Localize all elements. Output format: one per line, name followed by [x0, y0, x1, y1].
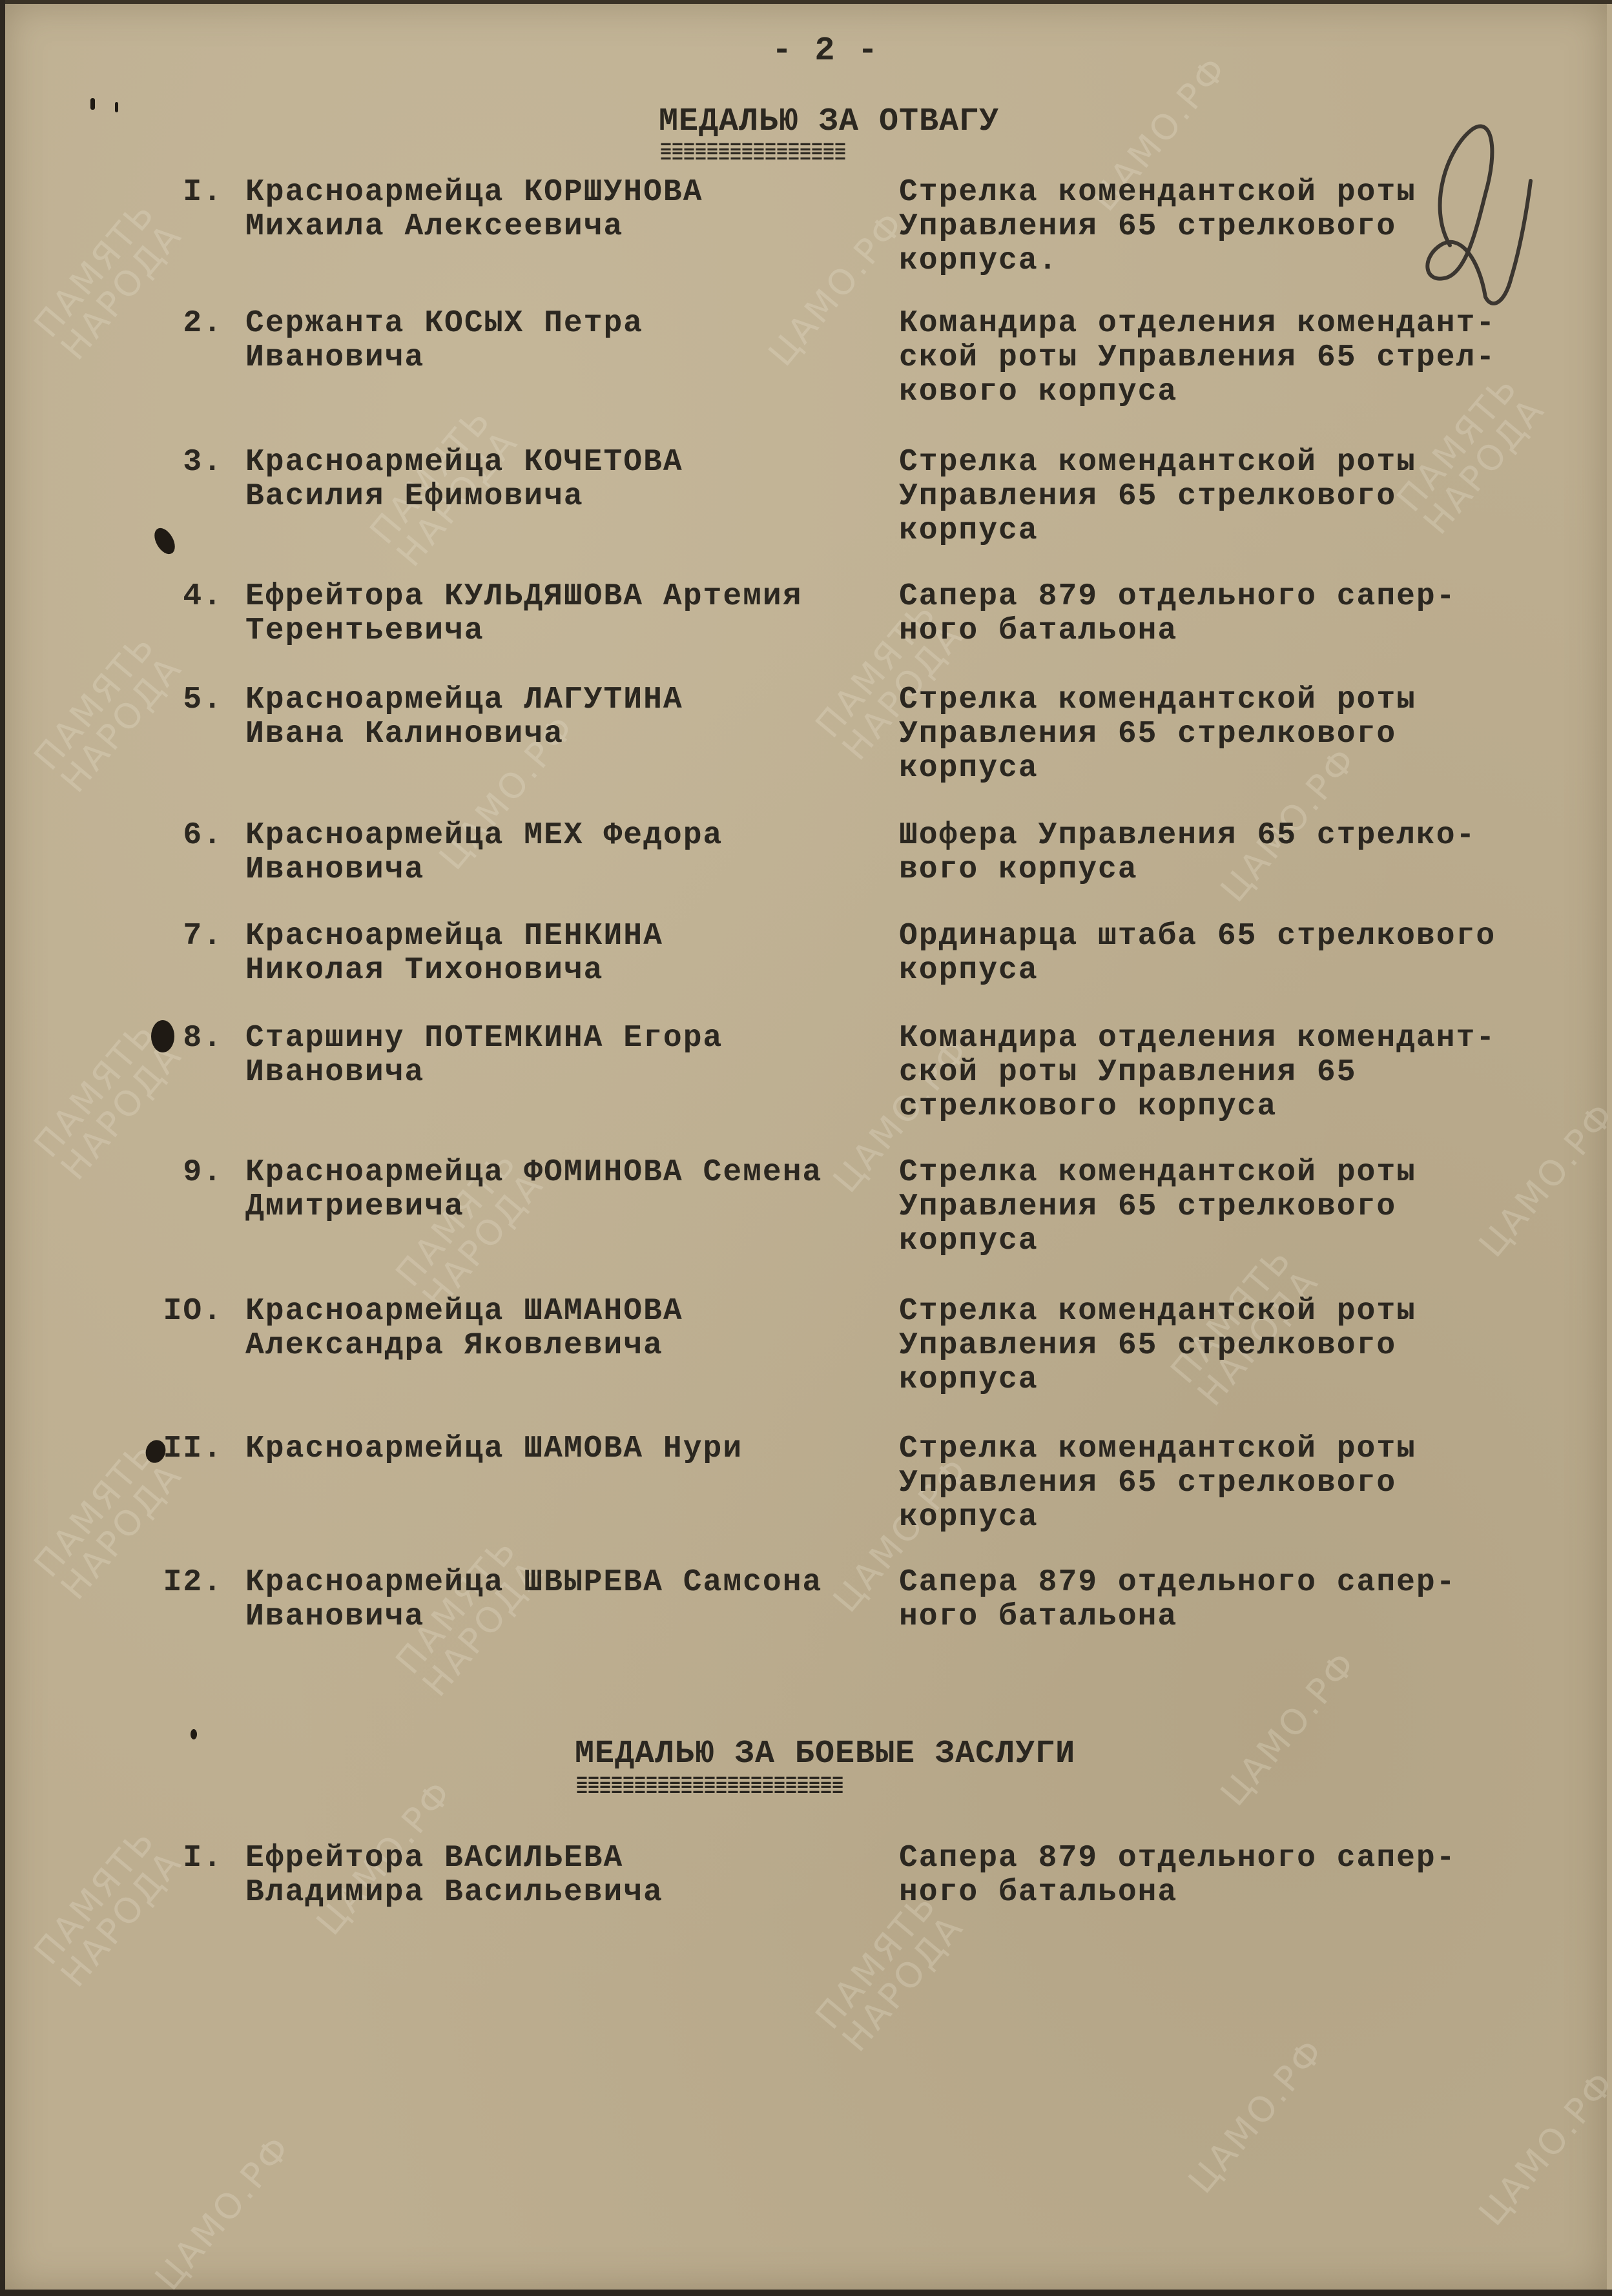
section-heading-underline: ================: [660, 152, 846, 163]
recipient-position: Сапера 879 отдельного сапер- ного баталь…: [899, 1841, 1456, 1910]
recipient-position: Стрелка комендантской роты Управления 65…: [899, 683, 1416, 786]
entry-number: I2.: [145, 1566, 223, 1600]
recipient-position: Сапера 879 отдельного сапер- ного баталь…: [899, 1566, 1456, 1634]
recipient-name: Ефрейтора КУЛЬДЯШОВА Артемия Терентьевич…: [245, 580, 803, 648]
recipient-name: Красноармейца ЛАГУТИНА Ивана Калиновича: [245, 683, 683, 752]
entry-number: 6.: [145, 819, 223, 853]
entry-number: 2.: [145, 307, 223, 341]
recipient-position: Стрелка комендантской роты Управления 65…: [899, 176, 1416, 278]
entry-number: I.: [145, 1841, 223, 1876]
entry-number: 5.: [145, 683, 223, 717]
recipient-position: Шофера Управления 65 стрелко- вого корпу…: [899, 819, 1476, 887]
recipient-name: Красноармейца ШАМОВА Нури: [245, 1432, 743, 1466]
recipient-position: Сапера 879 отдельного сапер- ного баталь…: [899, 580, 1456, 648]
entry-number: 4.: [145, 580, 223, 614]
scan-edge-top: [0, 0, 1612, 4]
entry-number: I.: [145, 176, 223, 210]
entry-number: IO.: [145, 1295, 223, 1329]
recipient-position: Стрелка комендантской роты Управления 65…: [899, 446, 1416, 548]
section-heading-underline: =======================: [576, 1786, 843, 1796]
recipient-name: Красноармейца КОЧЕТОВА Василия Ефимовича: [245, 446, 683, 514]
recipient-name: Красноармейца ШВЫРЕВА Самсона Ивановича: [245, 1566, 822, 1634]
handwritten-signature-icon: [1389, 110, 1556, 316]
recipient-name: Красноармейца КОРШУНОВА Михаила Алексеев…: [245, 176, 703, 244]
recipient-name: Красноармейца ШАМАНОВА Александра Яковле…: [245, 1295, 683, 1363]
ink-dot: [191, 1729, 197, 1739]
ink-dot: [90, 98, 95, 110]
entry-number: 3.: [145, 446, 223, 480]
section-heading-bravery: МЕДАЛЬЮ ЗА ОТВАГУ: [659, 105, 999, 139]
entry-number: 7.: [145, 919, 223, 954]
entry-number: 9.: [145, 1156, 223, 1190]
ink-dot: [115, 102, 118, 112]
recipient-position: Ординарца штаба 65 стрелкового корпуса: [899, 919, 1496, 988]
recipient-name: Красноармейца ПЕНКИНА Николая Тихоновича: [245, 919, 663, 988]
recipient-name: Сержанта КОСЫХ Петра Ивановича: [245, 307, 643, 375]
ink-blot: [151, 1020, 174, 1052]
recipient-position: Командира отделения комендант- ской роты…: [899, 1021, 1496, 1124]
recipient-name: Красноармейца ФОМИНОВА Семена Дмитриевич…: [245, 1156, 822, 1224]
scan-edge-bottom: [0, 2290, 1612, 2296]
recipient-position: Стрелка комендантской роты Управления 65…: [899, 1156, 1416, 1258]
scan-edge-left: [0, 0, 5, 2296]
recipient-position: Командира отделения комендант- ской роты…: [899, 307, 1496, 409]
recipient-position: Стрелка комендантской роты Управления 65…: [899, 1432, 1416, 1535]
page-number: - 2 -: [772, 34, 879, 68]
recipient-name: Старшину ПОТЕМКИНА Егора Ивановича: [245, 1021, 723, 1090]
recipient-position: Стрелка комендантской роты Управления 65…: [899, 1295, 1416, 1397]
recipient-name: Ефрейтора ВАСИЛЬЕВА Владимира Васильевич…: [245, 1841, 663, 1910]
recipient-name: Красноармейца МЕХ Федора Ивановича: [245, 819, 723, 887]
section-heading-combat-merit: МЕДАЛЬЮ ЗА БОЕВЫЕ ЗАСЛУГИ: [575, 1737, 1075, 1771]
